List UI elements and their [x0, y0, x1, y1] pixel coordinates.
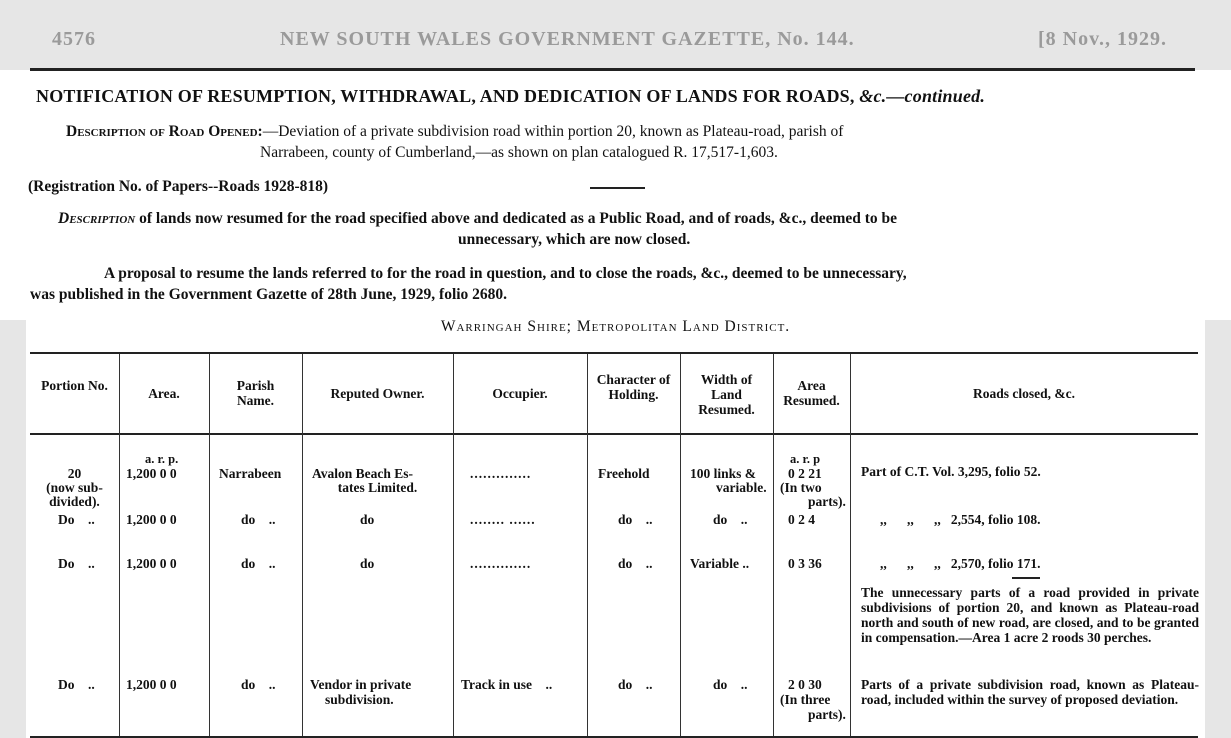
- publication-title: NEW SOUTH WALES GOVERNMENT GAZETTE, No. …: [280, 28, 855, 51]
- col-divider: [209, 354, 210, 736]
- col-divider: [850, 354, 851, 736]
- header-roads-closed: Roads closed, &c.: [850, 386, 1198, 401]
- notice-title-text: NOTIFICATION OF RESUMPTION, WITHDRAWAL, …: [36, 86, 855, 106]
- col-divider: [453, 354, 454, 736]
- header-owner: Reputed Owner.: [302, 386, 453, 401]
- area-units: a. r. p.: [145, 452, 178, 467]
- district-heading: Warringah Shire; Metropolitan Land Distr…: [0, 318, 1231, 336]
- header-area: Area.: [119, 386, 209, 401]
- registration-number: (Registration No. of Papers--Roads 1928-…: [28, 177, 328, 197]
- notice-title-suffix: &c.—continued.: [859, 86, 985, 106]
- header-area-resumed: Area Resumed.: [773, 378, 850, 408]
- header-rule: [30, 68, 1195, 71]
- separator-dash: [590, 187, 645, 189]
- notice-title: NOTIFICATION OF RESUMPTION, WITHDRAWAL, …: [36, 86, 985, 107]
- lands-description-line2: unnecessary, which are now closed.: [458, 230, 690, 250]
- table-top-rule: [30, 352, 1198, 354]
- col-divider: [119, 354, 120, 736]
- road-opened-line2: Narrabeen, county of Cumberland,—as show…: [260, 143, 778, 163]
- table-header-rule: [30, 433, 1198, 435]
- right-margin: [1205, 320, 1231, 738]
- left-margin: [0, 320, 26, 738]
- col-divider: [773, 354, 774, 736]
- col-divider: [587, 354, 588, 736]
- proposal-line1: A proposal to resume the lands referred …: [104, 264, 907, 284]
- proposal-line2: was published in the Government Gazette …: [30, 285, 507, 305]
- header-character: Character of Holding.: [587, 372, 680, 402]
- header-portion: Portion No.: [30, 378, 119, 393]
- separator-dash: [1012, 577, 1040, 579]
- road-opened-label: Description of Road Opened:: [66, 123, 263, 140]
- area-resumed-units: a. r. p: [790, 452, 820, 467]
- lands-label: Description: [58, 210, 135, 227]
- header-parish: Parish Name.: [209, 378, 302, 408]
- header-occupier: Occupier.: [453, 386, 587, 401]
- publication-date: [8 Nov., 1929.: [1038, 28, 1167, 51]
- page-number: 4576: [52, 28, 96, 51]
- header-width: Width of Land Resumed.: [680, 372, 773, 417]
- closed-road-note: The unnecessary parts of a road provided…: [861, 585, 1199, 645]
- road-opened-line1: Description of Road Opened:—Deviation of…: [66, 122, 843, 142]
- lands-description-line1: Description of lands now resumed for the…: [58, 209, 897, 229]
- col-divider: [302, 354, 303, 736]
